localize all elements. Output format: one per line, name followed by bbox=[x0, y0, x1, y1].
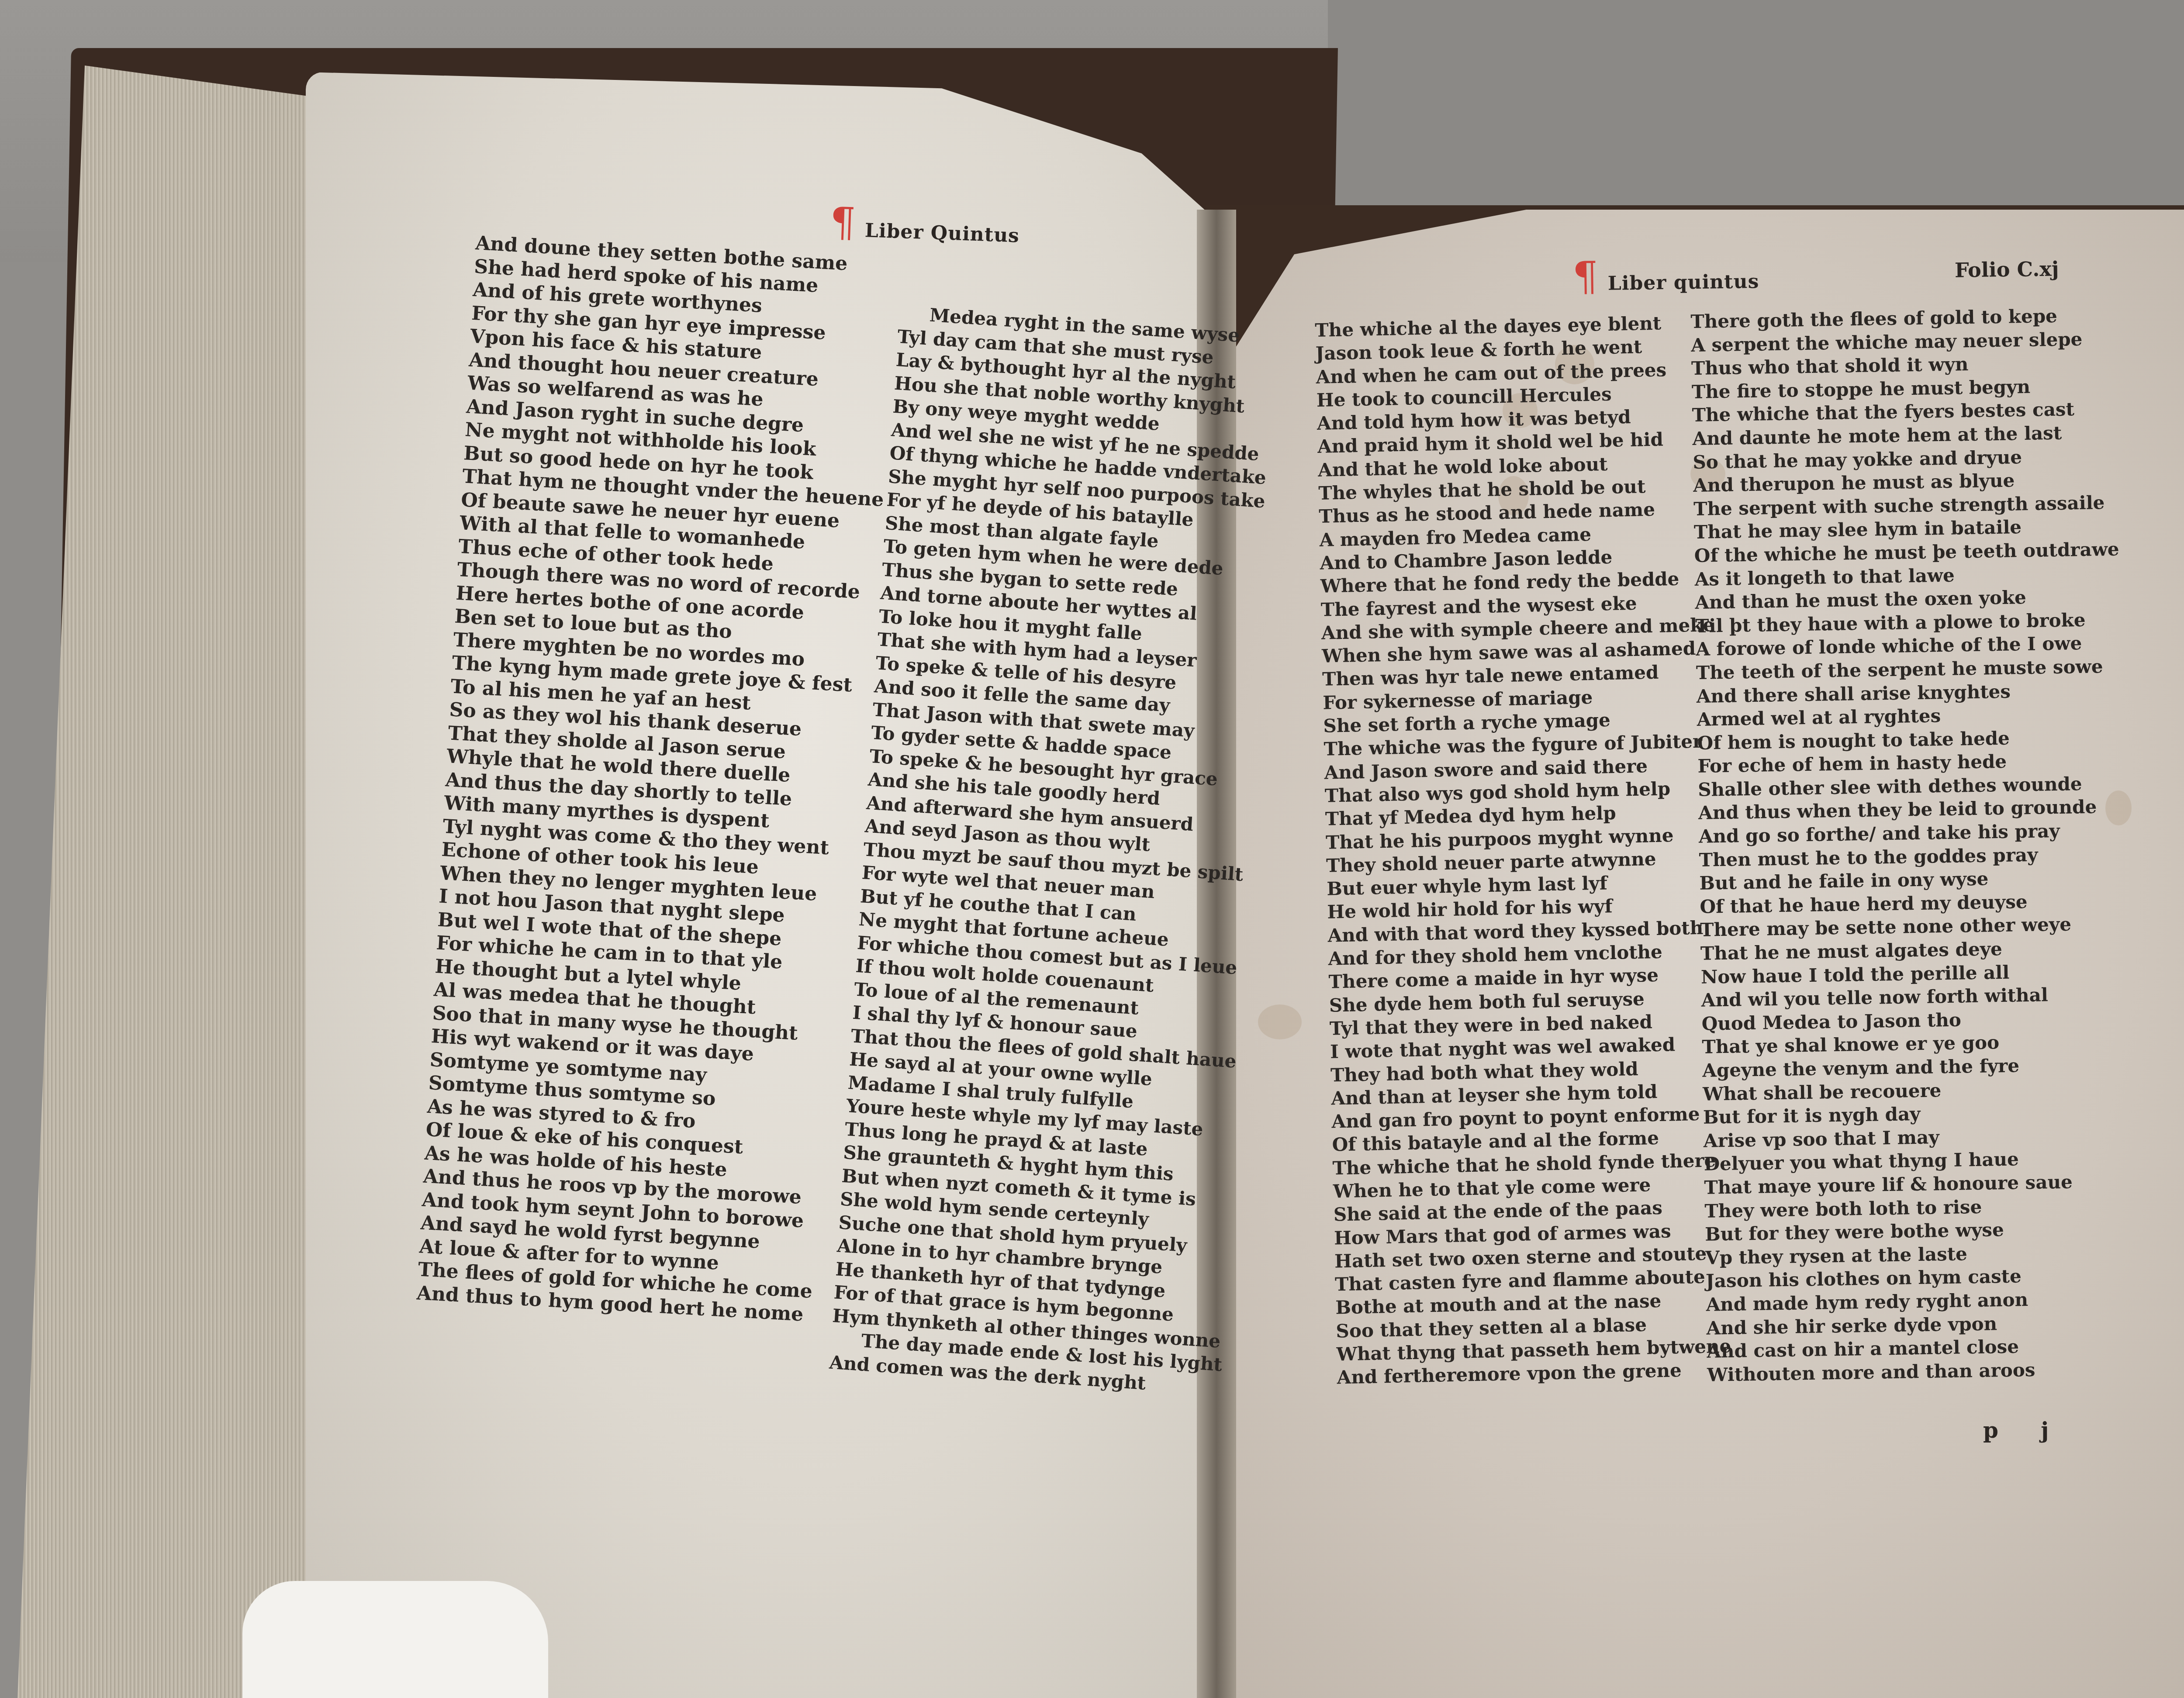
rubric-pilcrow-icon: ¶ bbox=[1572, 256, 1598, 297]
right-page-header: ¶ Liber quintus bbox=[1572, 254, 1759, 297]
foxing-stain bbox=[1258, 1004, 1302, 1039]
right-page-column-2: There goth the flees of gold to kepe A s… bbox=[1690, 304, 2132, 1387]
left-page-header: ¶ Liber Quintus bbox=[829, 202, 1021, 248]
left-page-column-2: Medea ryght in the same wyse Tyl day cam… bbox=[829, 301, 1291, 1400]
page-fore-edge bbox=[17, 66, 323, 1698]
background-right bbox=[1328, 0, 2184, 218]
folio-number: Folio C.xj bbox=[1955, 257, 2059, 282]
tissue-weight bbox=[242, 1581, 548, 1698]
rubric-pilcrow-icon: ¶ bbox=[829, 202, 857, 243]
right-page-column-1: The whiche al the dayes eye blent Jason … bbox=[1315, 311, 1732, 1389]
running-title: Liber quintus bbox=[1607, 270, 1759, 295]
left-page-column-1: And doune they setten bothe same She had… bbox=[416, 231, 898, 1328]
signature-mark: p j bbox=[1983, 1417, 2066, 1443]
running-title: Liber Quintus bbox=[864, 219, 1020, 247]
